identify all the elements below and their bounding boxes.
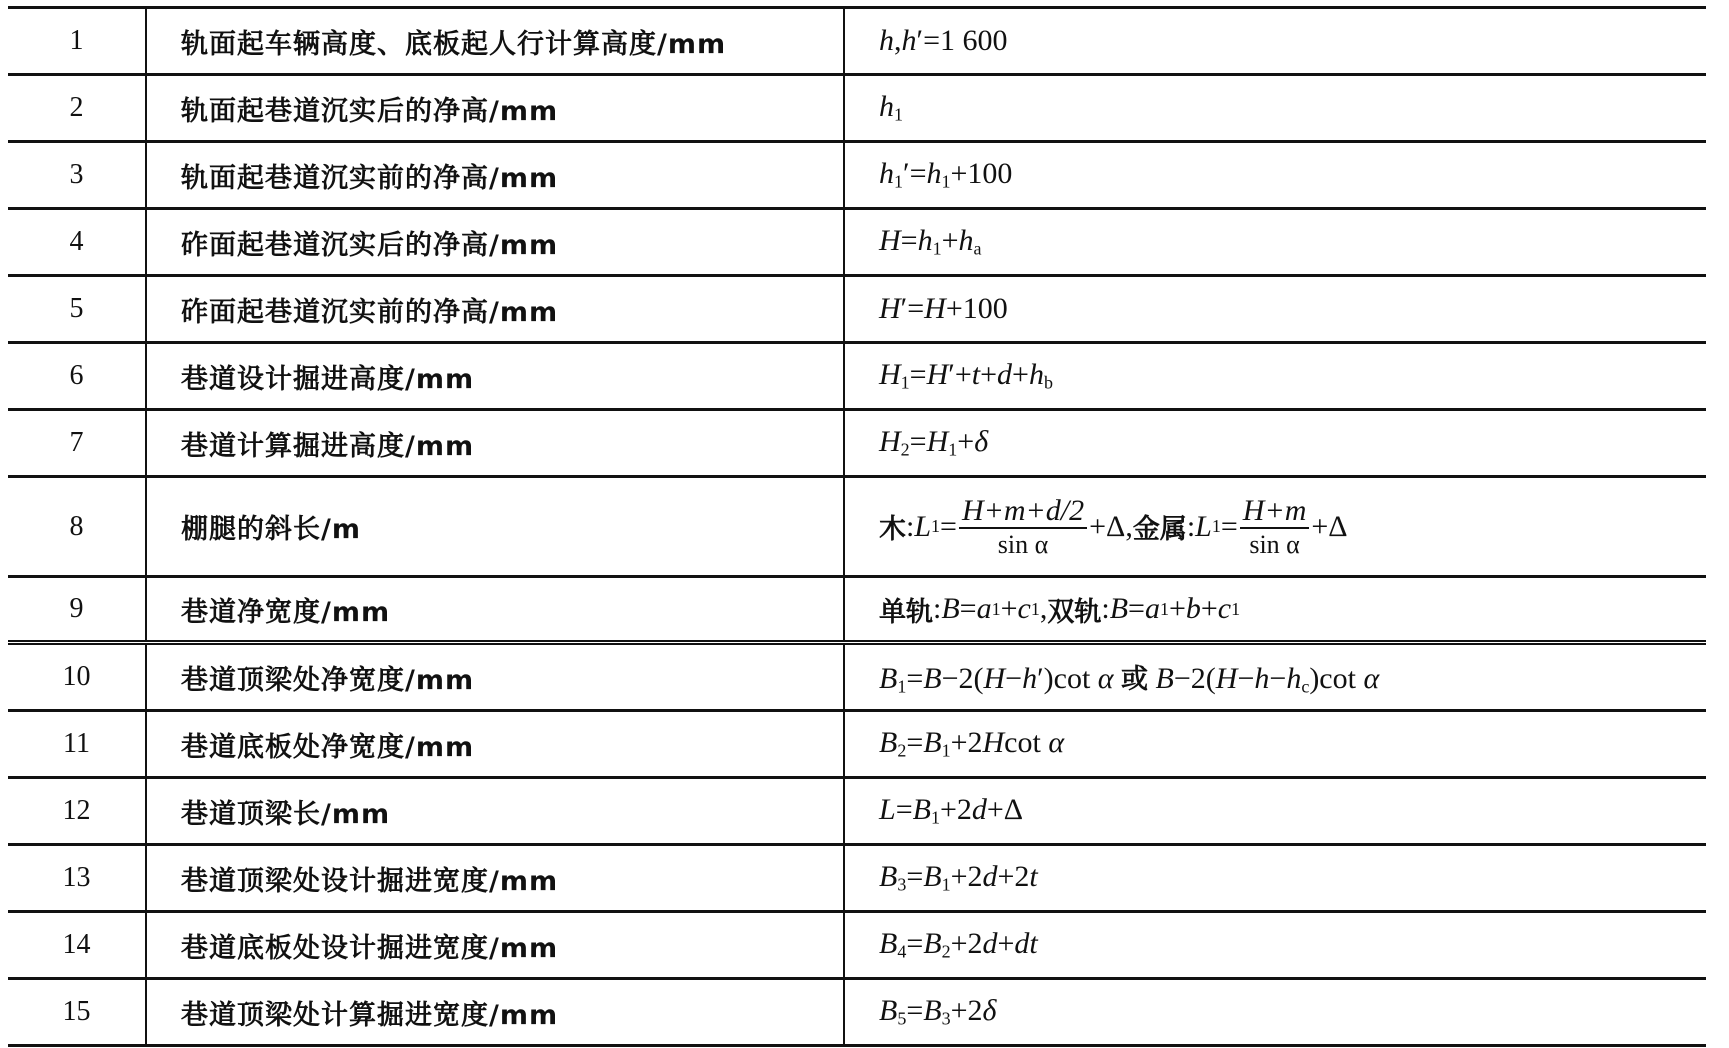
parameter-name: 轨面起巷道沉实后的净高/mm (147, 76, 845, 140)
row-number: 10 (8, 645, 147, 709)
formula-cell: H′=H+100 (845, 277, 1706, 341)
row-number: 2 (8, 76, 147, 140)
formula-cell: B5=B3+2δ (845, 980, 1706, 1044)
parameter-name: 棚腿的斜长/m (147, 478, 845, 575)
formula-cell: H=h1+ha (845, 210, 1706, 274)
table-row: 1 轨面起车辆高度、底板起人行计算高度/mm h,h′=1 600 (8, 9, 1706, 76)
table-row: 4 砟面起巷道沉实后的净高/mm H=h1+ha (8, 210, 1706, 277)
row-number: 9 (8, 578, 147, 640)
parameter-name: 轨面起巷道沉实前的净高/mm (147, 143, 845, 207)
formula-text: B1=B−2(H−h′)cot α 或 B−2(H−h−hc)cot α (879, 657, 1379, 698)
metal-label: 金属 (1133, 507, 1187, 546)
table-row: 7 巷道计算掘进高度/mm H2=H1+δ (8, 411, 1706, 478)
table-row: 3 轨面起巷道沉实前的净高/mm h1′=h1+100 (8, 143, 1706, 210)
row-number: 4 (8, 210, 147, 274)
formula-text: B2=B1+2Hcot α (879, 726, 1064, 762)
row-number: 11 (8, 712, 147, 776)
table-row: 6 巷道设计掘进高度/mm H1=H′+t+d+hb (8, 344, 1706, 411)
parameter-name: 轨面起车辆高度、底板起人行计算高度/mm (147, 9, 845, 73)
formula-text: h1 (879, 90, 903, 126)
parameter-name: 巷道设计掘进高度/mm (147, 344, 845, 408)
parameter-name: 巷道顶梁长/mm (147, 779, 845, 843)
table-row: 11 巷道底板处净宽度/mm B2=B1+2Hcot α (8, 712, 1706, 779)
formula-text: B4=B2+2d+dt (879, 927, 1038, 963)
formula-cell: 木:L1=H+m+d/2sin α+Δ,金属:L1=H+msin α+Δ (845, 478, 1706, 575)
formula-text: B5=B3+2δ (879, 994, 996, 1030)
formula-text: H2=H1+δ (879, 425, 988, 461)
fraction-wood: H+m+d/2sin α (959, 495, 1087, 559)
parameter-name: 巷道底板处设计掘进宽度/mm (147, 913, 845, 977)
formula-cell: B3=B1+2d+2t (845, 846, 1706, 910)
formula-text: h1′=h1+100 (879, 157, 1012, 193)
formula-cell: 单轨:B=a1+c1,双轨:B=a1+b+c1 (845, 578, 1706, 640)
formula-cell: h1′=h1+100 (845, 143, 1706, 207)
parameter-name: 巷道顶梁处计算掘进宽度/mm (147, 980, 845, 1044)
fraction-denominator: sin α (998, 529, 1048, 558)
row-number: 3 (8, 143, 147, 207)
parameter-name: 巷道底板处净宽度/mm (147, 712, 845, 776)
or-label: 或 (1121, 664, 1148, 695)
row-number: 1 (8, 9, 147, 73)
wood-label: 木 (879, 507, 906, 546)
double-track-label: 双轨 (1047, 590, 1101, 629)
row-number: 12 (8, 779, 147, 843)
fraction-numerator: H+m+d/2 (959, 495, 1087, 530)
row-number: 14 (8, 913, 147, 977)
formula-text: B3=B1+2d+2t (879, 860, 1038, 896)
parameter-name: 巷道净宽度/mm (147, 578, 845, 640)
table-row: 8 棚腿的斜长/m 木:L1=H+m+d/2sin α+Δ,金属:L1=H+ms… (8, 478, 1706, 578)
formula-cell: h1 (845, 76, 1706, 140)
row-number: 6 (8, 344, 147, 408)
parameter-name: 砟面起巷道沉实后的净高/mm (147, 210, 845, 274)
formula-table: 1 轨面起车辆高度、底板起人行计算高度/mm h,h′=1 600 2 轨面起巷… (8, 6, 1706, 1047)
formula-tail: +Δ (1311, 510, 1347, 544)
formula-text: L=B1+2d+Δ (879, 793, 1023, 829)
formula-text: H1=H′+t+d+hb (879, 358, 1053, 394)
parameter-name: 巷道顶梁处净宽度/mm (147, 645, 845, 709)
parameter-name: 巷道计算掘进高度/mm (147, 411, 845, 475)
formula-cell: L=B1+2d+Δ (845, 779, 1706, 843)
table-row: 10 巷道顶梁处净宽度/mm B1=B−2(H−h′)cot α 或 B−2(H… (8, 645, 1706, 712)
formula-tail: +Δ (1089, 510, 1125, 544)
row-number: 13 (8, 846, 147, 910)
row-number: 8 (8, 478, 147, 575)
single-track-label: 单轨 (879, 590, 933, 629)
formula-cell: B2=B1+2Hcot α (845, 712, 1706, 776)
table-row: 12 巷道顶梁长/mm L=B1+2d+Δ (8, 779, 1706, 846)
table-row: 13 巷道顶梁处设计掘进宽度/mm B3=B1+2d+2t (8, 846, 1706, 913)
formula-text: H=h1+ha (879, 224, 982, 260)
row-number: 7 (8, 411, 147, 475)
table-row: 5 砟面起巷道沉实前的净高/mm H′=H+100 (8, 277, 1706, 344)
formula-cell: h,h′=1 600 (845, 9, 1706, 73)
parameter-name: 砟面起巷道沉实前的净高/mm (147, 277, 845, 341)
formula-text: h,h′=1 600 (879, 24, 1007, 58)
row-number: 15 (8, 980, 147, 1044)
table-row: 14 巷道底板处设计掘进宽度/mm B4=B2+2d+dt (8, 913, 1706, 980)
parameter-name: 巷道顶梁处设计掘进宽度/mm (147, 846, 845, 910)
fraction-denominator: sin α (1249, 529, 1299, 558)
row-number: 5 (8, 277, 147, 341)
fraction-metal: H+msin α (1240, 495, 1310, 559)
formula-cell: H1=H′+t+d+hb (845, 344, 1706, 408)
formula-text: H′=H+100 (879, 292, 1008, 326)
formula-cell: B1=B−2(H−h′)cot α 或 B−2(H−h−hc)cot α (845, 645, 1706, 709)
table-row: 15 巷道顶梁处计算掘进宽度/mm B5=B3+2δ (8, 980, 1706, 1047)
fraction-numerator: H+m (1240, 495, 1310, 530)
table-row: 2 轨面起巷道沉实后的净高/mm h1 (8, 76, 1706, 143)
table-row: 9 巷道净宽度/mm 单轨:B=a1+c1,双轨:B=a1+b+c1 (8, 578, 1706, 645)
formula-cell: B4=B2+2d+dt (845, 913, 1706, 977)
formula-cell: H2=H1+δ (845, 411, 1706, 475)
